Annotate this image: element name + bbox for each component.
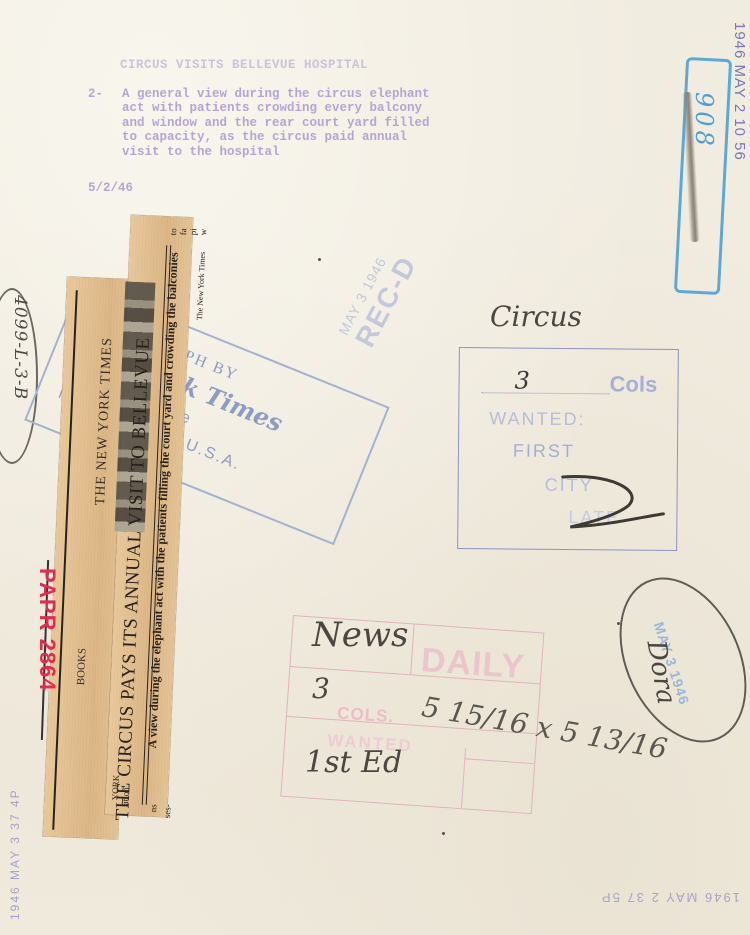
wanted-label: WANTED: bbox=[489, 408, 586, 430]
first-label: FIRST bbox=[513, 441, 575, 463]
caption-body: A general view during the circus elephan… bbox=[122, 87, 430, 160]
clipping-fragment: fa bbox=[178, 228, 188, 235]
stamp-divider bbox=[464, 758, 534, 764]
caption-date: 5/2/46 bbox=[88, 181, 518, 196]
left-handwritten-code: 4099-L-3-B bbox=[10, 295, 30, 400]
cols-number: 3 bbox=[514, 367, 530, 395]
handwritten-circus: Circus bbox=[490, 300, 582, 333]
clipping-fragment: ns bbox=[148, 804, 158, 812]
bottom-left-date-stamp: 1946 MAY 3 37 4P bbox=[8, 788, 22, 920]
daily-cols-label: COLS. bbox=[337, 703, 395, 727]
clipping-credit: The New York Times bbox=[195, 252, 207, 321]
caption-title: CIRCUS VISITS BELLEVUE HOSPITAL bbox=[120, 58, 518, 73]
dotted-line bbox=[481, 392, 609, 394]
pencil-checkmark-icon bbox=[548, 469, 669, 540]
paper-speck bbox=[617, 622, 620, 625]
stamp-divider bbox=[410, 624, 414, 674]
received-stamp: MAY 3 1946 REC-D bbox=[335, 243, 424, 353]
clipping-fragment: w bbox=[198, 229, 208, 236]
typed-caption: CIRCUS VISITS BELLEVUE HOSPITAL 2- A gen… bbox=[88, 58, 518, 196]
clipping-fragment: ses- bbox=[162, 804, 173, 818]
handwritten-cols-number: 3 bbox=[312, 672, 330, 705]
top-right-number: 908 bbox=[690, 92, 718, 150]
clipping-section: BOOKS bbox=[75, 648, 89, 686]
bottom-right-date-stamp: 1946 MAY 2 37 5P bbox=[600, 890, 740, 905]
cols-wanted-stamp: 3 Cols WANTED: FIRST CITY LATE bbox=[457, 347, 679, 551]
paper-speck bbox=[442, 832, 445, 835]
caption-number: 2- bbox=[88, 87, 122, 160]
top-right-date-stamp: 1946 MAY 2 10 56 bbox=[731, 22, 748, 161]
daily-label: DAILY bbox=[420, 641, 526, 687]
paper-speck bbox=[318, 258, 321, 261]
clipping-fragment: pi bbox=[188, 228, 198, 235]
handwritten-news: News bbox=[312, 615, 408, 655]
red-papr-stamp: PAPR 2864 bbox=[34, 568, 60, 692]
clipping-fragment: ation bbox=[120, 787, 131, 805]
cols-label: Cols bbox=[609, 371, 657, 397]
clipping-fragment: to bbox=[168, 228, 178, 235]
handwritten-edition: 1st Ed bbox=[305, 745, 402, 780]
